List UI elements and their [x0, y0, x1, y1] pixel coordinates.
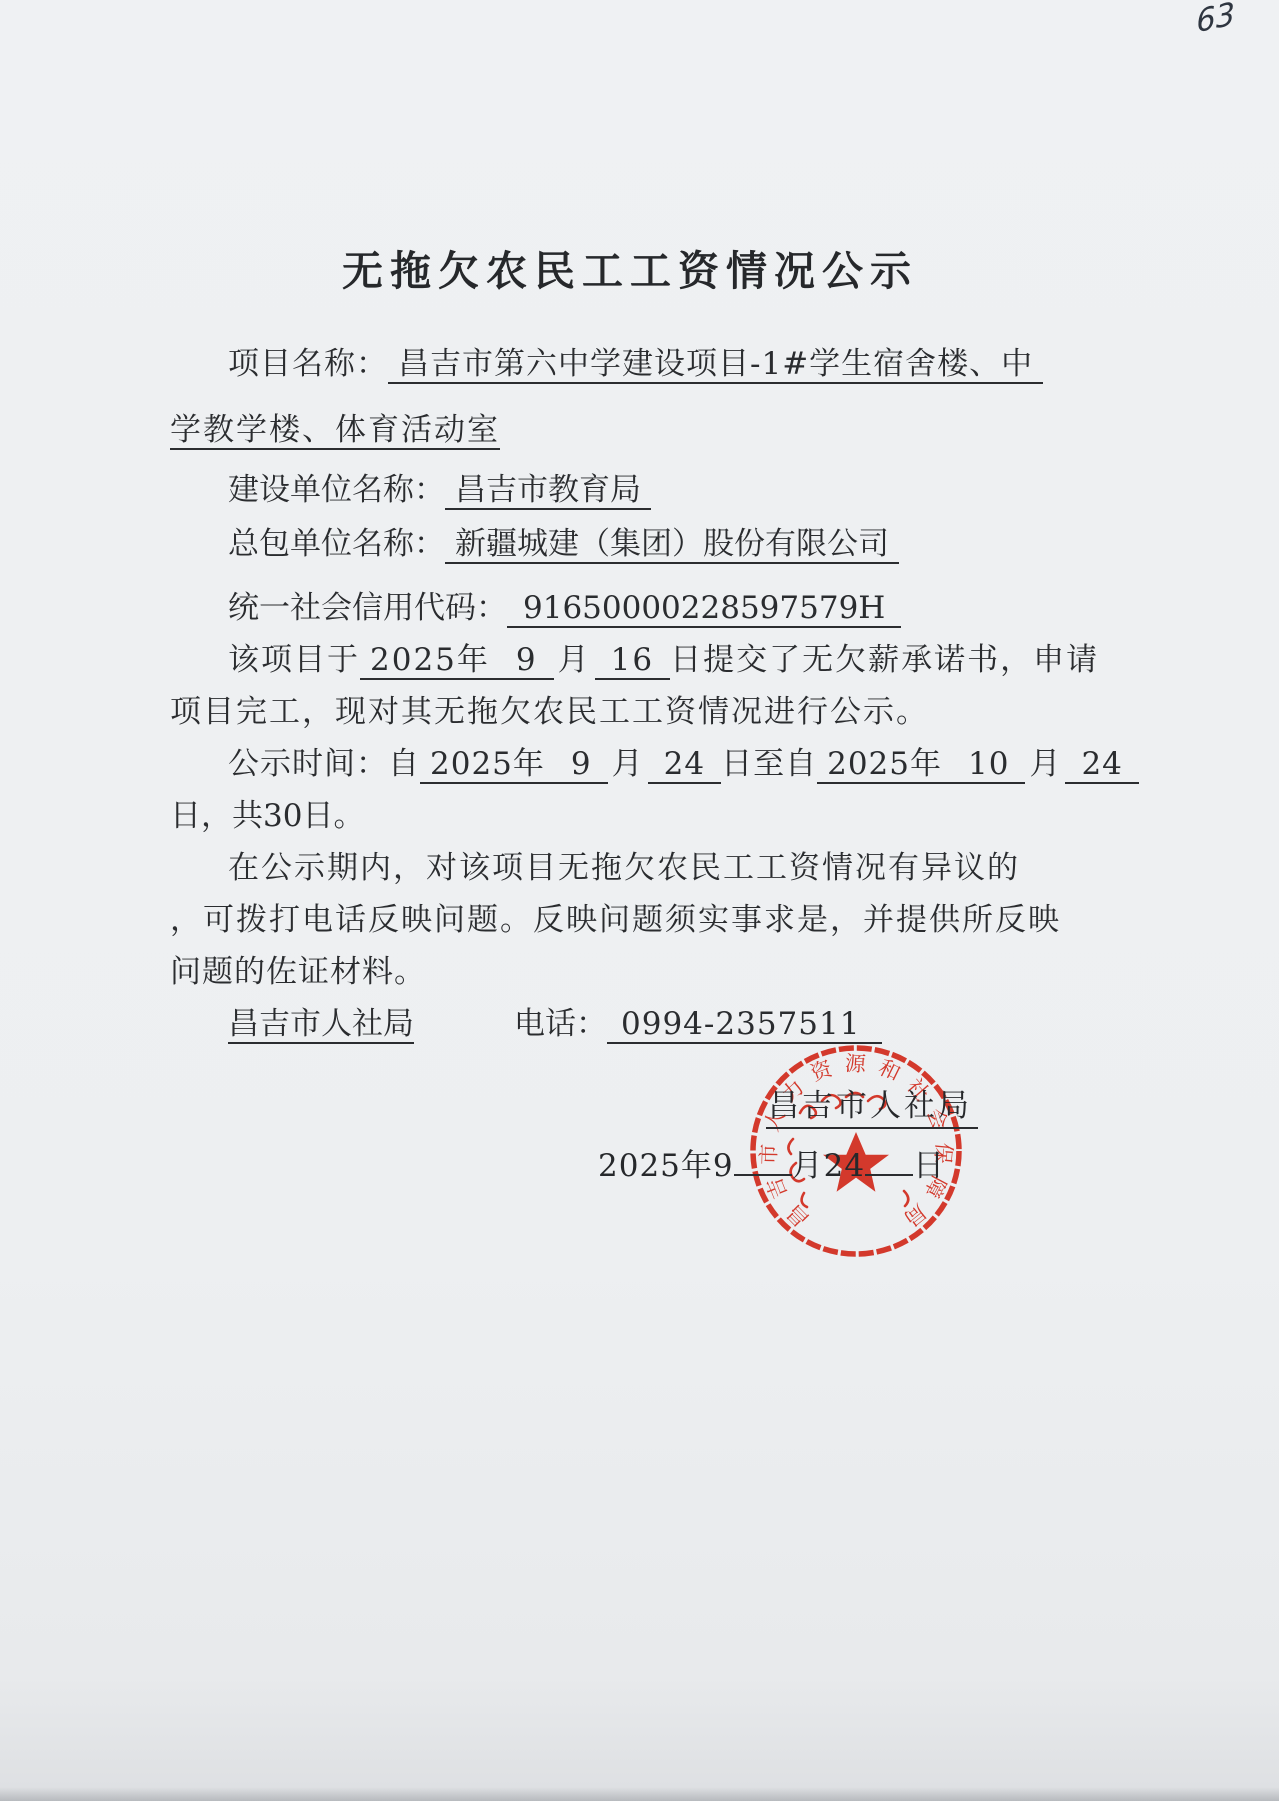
scan-edge-shadow	[0, 1787, 1279, 1801]
period-prefix: 公示时间：自	[228, 746, 420, 782]
submit-day: 16	[595, 642, 670, 680]
submit-date-line: 该项目于2025年9月16日提交了无欠薪承诺书，申请	[170, 634, 994, 686]
objection-line1: 在公示期内，对该项目无拖欠农民工工资情况有异议的	[170, 842, 994, 894]
date-underline-blank	[734, 1141, 792, 1176]
submit-year: 2025年	[360, 642, 500, 680]
builder-line: 建设单位名称：昌吉市教育局	[170, 464, 994, 516]
signature-date-suffix: 日	[913, 1148, 945, 1184]
contractor-value: 新疆城建（集团）股份有限公司	[445, 526, 899, 564]
project-name-value-part1: 昌吉市第六中学建设项目-1#学生宿舍楼、中	[388, 346, 1043, 384]
handwritten-page-number: 63	[1196, 0, 1236, 40]
project-name-line1: 项目名称：昌吉市第六中学建设项目-1#学生宿舍楼、中	[170, 338, 994, 390]
project-name-value-part2: 学教学楼、体育活动室	[170, 412, 500, 450]
period-end-month: 10	[952, 746, 1025, 784]
project-name-label: 项目名称：	[228, 346, 388, 382]
contractor-label: 总包单位名称：	[228, 526, 445, 562]
signature-org: 昌吉市人社局	[766, 1080, 978, 1129]
month-char: 月	[612, 746, 644, 782]
contractor-line: 总包单位名称：新疆城建（集团）股份有限公司	[170, 518, 994, 570]
period-start-month: 9	[555, 746, 608, 784]
credit-code-label: 统一社会信用代码：	[228, 590, 507, 626]
builder-value: 昌吉市教育局	[445, 472, 651, 510]
month-char: 月	[1029, 746, 1061, 782]
submit-prefix: 该项目于	[228, 642, 360, 678]
signature-date-day: 月24	[792, 1148, 865, 1184]
signature-date-year: 2025年9	[598, 1148, 734, 1184]
project-name-line2: 学教学楼、体育活动室	[170, 404, 994, 456]
submit-month: 9	[500, 642, 554, 680]
period-start-day: 24	[648, 746, 721, 784]
date-underline-blank	[865, 1141, 913, 1176]
duration-line: 日，共30日。	[170, 790, 994, 842]
submit-suffix: 日提交了无欠薪承诺书，申请	[670, 642, 1099, 678]
period-start-year: 2025年	[420, 746, 555, 784]
builder-label: 建设单位名称：	[228, 472, 445, 508]
signature-date: 2025年9月24日	[598, 1140, 945, 1185]
period-mid: 日至自	[721, 746, 817, 782]
month-char: 月	[558, 642, 591, 678]
document-body: 项目名称：昌吉市第六中学建设项目-1#学生宿舍楼、中 学教学楼、体育活动室 建设…	[170, 338, 994, 1050]
period-end-year: 2025年	[817, 746, 952, 784]
period-end-day: 24	[1065, 746, 1138, 784]
publicity-period-line: 公示时间：自2025年9月24日至自2025年10月24	[170, 738, 994, 790]
credit-code-line: 统一社会信用代码：91650000228597579H	[170, 582, 994, 634]
credit-code-value: 91650000228597579H	[507, 590, 901, 628]
contact-org: 昌吉市人社局	[228, 1006, 414, 1044]
completion-line: 项目完工，现对其无拖欠农民工工资情况进行公示。	[170, 686, 994, 738]
objection-line2: ，可拨打电话反映问题。反映问题须实事求是，并提供所反映	[170, 894, 994, 946]
objection-line3: 问题的佐证材料。	[170, 946, 994, 998]
phone-label: 电话：	[514, 1006, 607, 1042]
scanned-notice-page: 63 无拖欠农民工工资情况公示 项目名称：昌吉市第六中学建设项目-1#学生宿舍楼…	[0, 0, 1279, 1801]
document-title: 无拖欠农民工工资情况公示	[0, 238, 1260, 297]
